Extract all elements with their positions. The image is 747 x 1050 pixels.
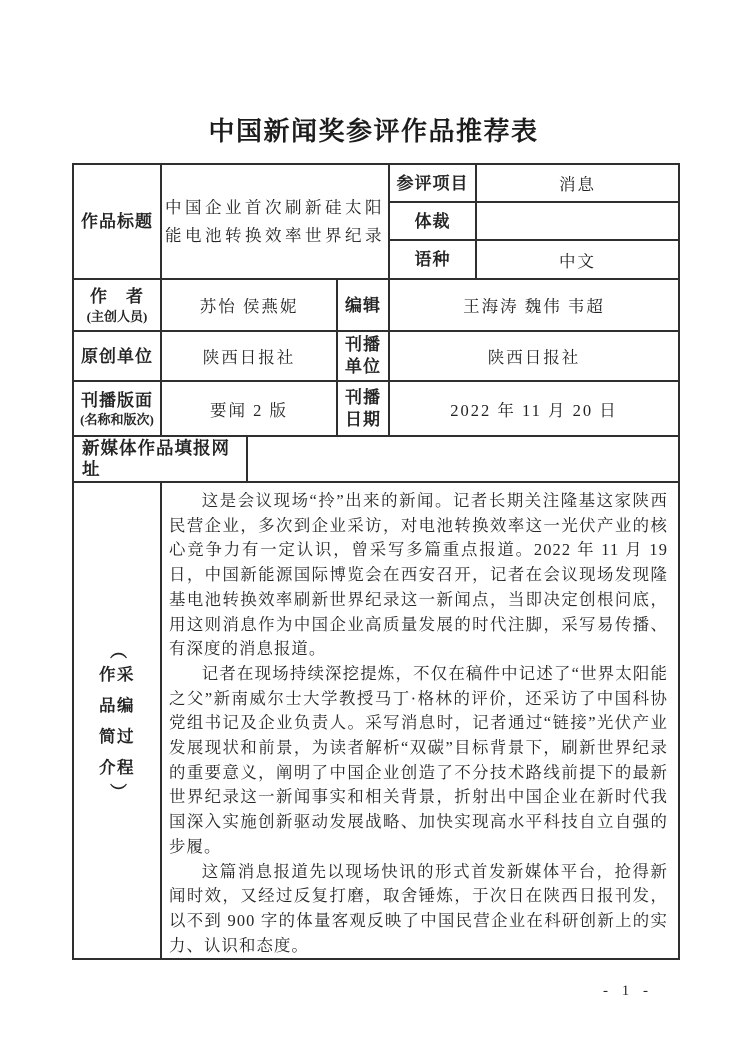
intro-label-cell: （ 作采 品编 简过 介程 ）	[74, 483, 162, 960]
publish-unit-label-cell: 刊播 单位	[338, 332, 390, 382]
intro-label-row-2: 品编	[99, 691, 135, 720]
publish-date-label-line1: 刊播	[345, 387, 381, 409]
document-title: 中国新闻奖参评作品推荐表	[0, 111, 747, 148]
author-sublabel: (主创人员)	[87, 308, 148, 325]
language-label-cell: 语种	[390, 241, 477, 280]
intro-paragraph-1: 这是会议现场“拎”出来的新闻。记者长期关注隆基这家陕西民营企业，多次到企业采访，…	[169, 489, 668, 662]
recommendation-form-table: 作品标题 中国企业首次刷新硅太阳 能电池转换效率世界纪录 参评项目 消息 体	[72, 163, 680, 960]
publish-date-value: 2022 年 11 月 20 日	[450, 397, 618, 421]
row-page-date: 刊播版面 (名称和版次) 要闻 2 版 刊播 日期 2022 年 11 月 20…	[74, 382, 680, 437]
author-label: 作 者	[90, 286, 144, 308]
row-author-editor: 作 者 (主创人员) 苏怡 侯燕妮 编辑 王海涛 魏伟 韦超	[74, 280, 680, 332]
page-number: - 1 -	[588, 983, 668, 1000]
publish-unit-label-line1: 刊播	[345, 334, 381, 356]
publish-page-value-cell: 要闻 2 版	[162, 382, 338, 437]
language-label: 语种	[415, 249, 451, 270]
publish-date-value-cell: 2022 年 11 月 20 日	[390, 382, 680, 437]
work-title-value-cell: 中国企业首次刷新硅太阳 能电池转换效率世界纪录	[162, 165, 390, 280]
author-value: 苏怡 侯燕妮	[200, 293, 299, 317]
row-intro: （ 作采 品编 简过 介程 ） 这是会议现场“拎”出来的新闻。记者长期关注隆基这…	[74, 483, 680, 960]
genre-value-cell	[477, 203, 680, 241]
row-new-media-url: 新媒体作品填报网址	[74, 437, 680, 483]
entry-category-value-cell: 消息	[477, 165, 680, 203]
document-page: 中国新闻奖参评作品推荐表 作品标题 中国企业首次刷新硅太阳 能电池转换效率世界纪…	[0, 0, 747, 1050]
author-value-cell: 苏怡 侯燕妮	[162, 280, 338, 332]
category-stack: 参评项目 消息 体裁 语种	[390, 165, 680, 280]
work-title-line1: 中国企业首次刷新硅太阳	[165, 194, 385, 222]
publish-page-value: 要闻 2 版	[210, 397, 288, 421]
row-units: 原创单位 陕西日报社 刊播 单位 陕西日报社	[74, 332, 680, 382]
publish-unit-value: 陕西日报社	[488, 344, 581, 368]
work-title-label: 作品标题	[81, 211, 153, 232]
editor-value: 王海涛 魏伟 韦超	[463, 293, 605, 317]
language-value-cell: 中文	[477, 241, 680, 280]
publish-page-sublabel: (名称和版次)	[80, 411, 154, 428]
original-unit-value: 陕西日报社	[203, 344, 296, 368]
intro-label-row-1: 作采	[99, 660, 135, 689]
work-title-line2: 能电池转换效率世界纪录	[165, 222, 385, 250]
row-work-title: 作品标题 中国企业首次刷新硅太阳 能电池转换效率世界纪录 参评项目 消息 体	[74, 165, 680, 280]
editor-label: 编辑	[345, 295, 381, 316]
row-genre: 体裁	[390, 203, 680, 241]
work-title-label-cell: 作品标题	[74, 165, 162, 280]
intro-paragraph-2: 记者在现场持续深挖提炼，不仅在稿件中记述了“世界太阳能之父”新南威尔士大学教授马…	[169, 662, 668, 860]
original-unit-label: 原创单位	[81, 346, 153, 367]
editor-value-cell: 王海涛 魏伟 韦超	[390, 280, 680, 332]
entry-category-label: 参评项目	[397, 173, 469, 194]
new-media-url-label: 新媒体作品填报网址	[82, 438, 246, 480]
intro-text-cell: 这是会议现场“拎”出来的新闻。记者长期关注隆基这家陕西民营企业，多次到企业采访，…	[162, 483, 680, 960]
language-value: 中文	[559, 248, 596, 272]
publish-unit-value-cell: 陕西日报社	[390, 332, 680, 382]
intro-label-close-paren: ）	[110, 783, 125, 800]
intro-label-open-paren: （	[110, 642, 125, 659]
row-language: 语种 中文	[390, 241, 680, 280]
publish-unit-label-line2: 单位	[345, 356, 381, 378]
row-entry-category: 参评项目 消息	[390, 165, 680, 203]
entry-category-label-cell: 参评项目	[390, 165, 477, 203]
intro-label-row-3: 简过	[99, 722, 135, 751]
publish-page-label: 刊播版面	[81, 390, 153, 411]
genre-label: 体裁	[415, 211, 451, 232]
new-media-url-value-cell	[248, 437, 680, 483]
intro-paragraph-3: 这篇消息报道先以现场快讯的形式首发新媒体平台，抢得新闻时效，又经过反复打磨，取舍…	[169, 860, 668, 959]
publish-date-label-line2: 日期	[345, 409, 381, 431]
intro-label-row-4: 介程	[99, 753, 135, 782]
original-unit-label-cell: 原创单位	[74, 332, 162, 382]
genre-label-cell: 体裁	[390, 203, 477, 241]
original-unit-value-cell: 陕西日报社	[162, 332, 338, 382]
new-media-url-label-cell: 新媒体作品填报网址	[74, 437, 248, 483]
author-label-cell: 作 者 (主创人员)	[74, 280, 162, 332]
publish-date-label-cell: 刊播 日期	[338, 382, 390, 437]
editor-label-cell: 编辑	[338, 280, 390, 332]
publish-page-label-cell: 刊播版面 (名称和版次)	[74, 382, 162, 437]
entry-category-value: 消息	[559, 171, 596, 195]
